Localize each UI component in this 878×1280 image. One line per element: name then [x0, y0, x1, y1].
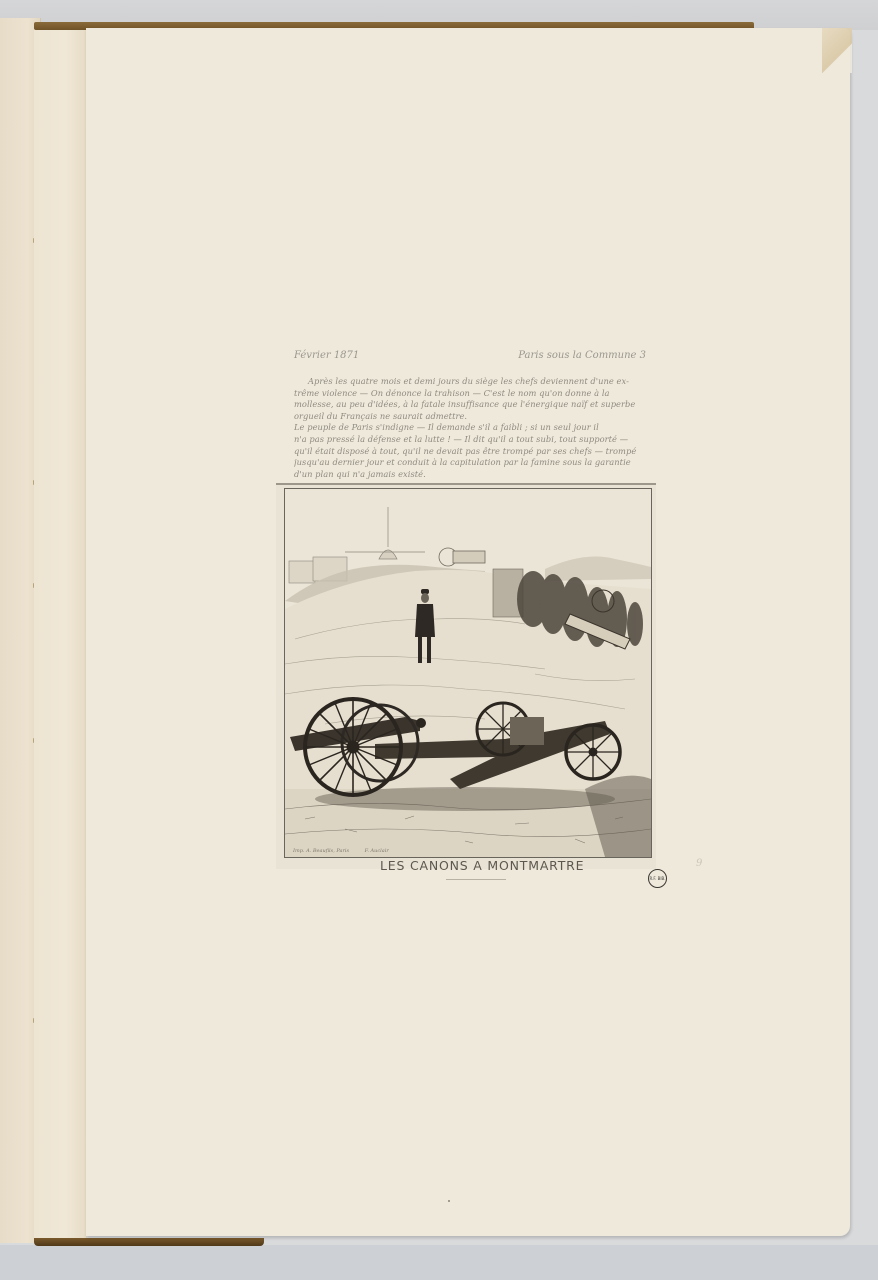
series-title-header: Paris sous la Commune 3	[518, 350, 646, 361]
text-line: trême violence — On dénonce la trahison …	[294, 388, 649, 400]
etching-illustration	[285, 489, 651, 857]
album-page: Février 1871 Paris sous la Commune 3 Apr…	[86, 28, 850, 1236]
handwritten-paragraph: Après les quatre mois et demi jours du s…	[294, 376, 649, 480]
flyleaf	[34, 28, 87, 1240]
library-stamp-icon: R.F. BIB.	[648, 869, 667, 888]
artist-signature: F. Auclair	[365, 848, 389, 854]
plate-credits: Imp. A. Beaufils, Paris F. Auclair	[293, 848, 403, 854]
date-header: Février 1871	[294, 350, 359, 361]
bottom-page-edge	[34, 1238, 264, 1246]
text-line: d'un plan qui n'a jamais existé.	[294, 469, 649, 481]
paper-speck	[448, 1200, 450, 1202]
caption-underline	[446, 879, 506, 880]
text-line: n'a pas pressé la défense et la lutte ! …	[294, 434, 649, 446]
text-line: mollesse, au peu d'idées, à la fatale in…	[294, 399, 649, 411]
background-bottom	[0, 1245, 878, 1280]
plate-caption: LES CANONS A MONTMARTRE	[380, 858, 584, 873]
etching-plate: Imp. A. Beaufils, Paris F. Auclair	[284, 488, 652, 858]
printer-credit: Imp. A. Beaufils, Paris	[293, 848, 349, 854]
folded-corner	[822, 28, 852, 73]
text-line: Le peuple de Paris s'indigne — Il demand…	[294, 422, 649, 434]
text-line: qu'il était disposé à tout, qu'il ne dev…	[294, 446, 649, 458]
text-line: jusqu'au dernier jour et conduit à la ca…	[294, 457, 649, 469]
page-number: 9	[696, 858, 702, 869]
text-line: orgueil du Français ne saurait admettre.	[294, 411, 649, 423]
text-line: Après les quatre mois et demi jours du s…	[294, 376, 649, 388]
